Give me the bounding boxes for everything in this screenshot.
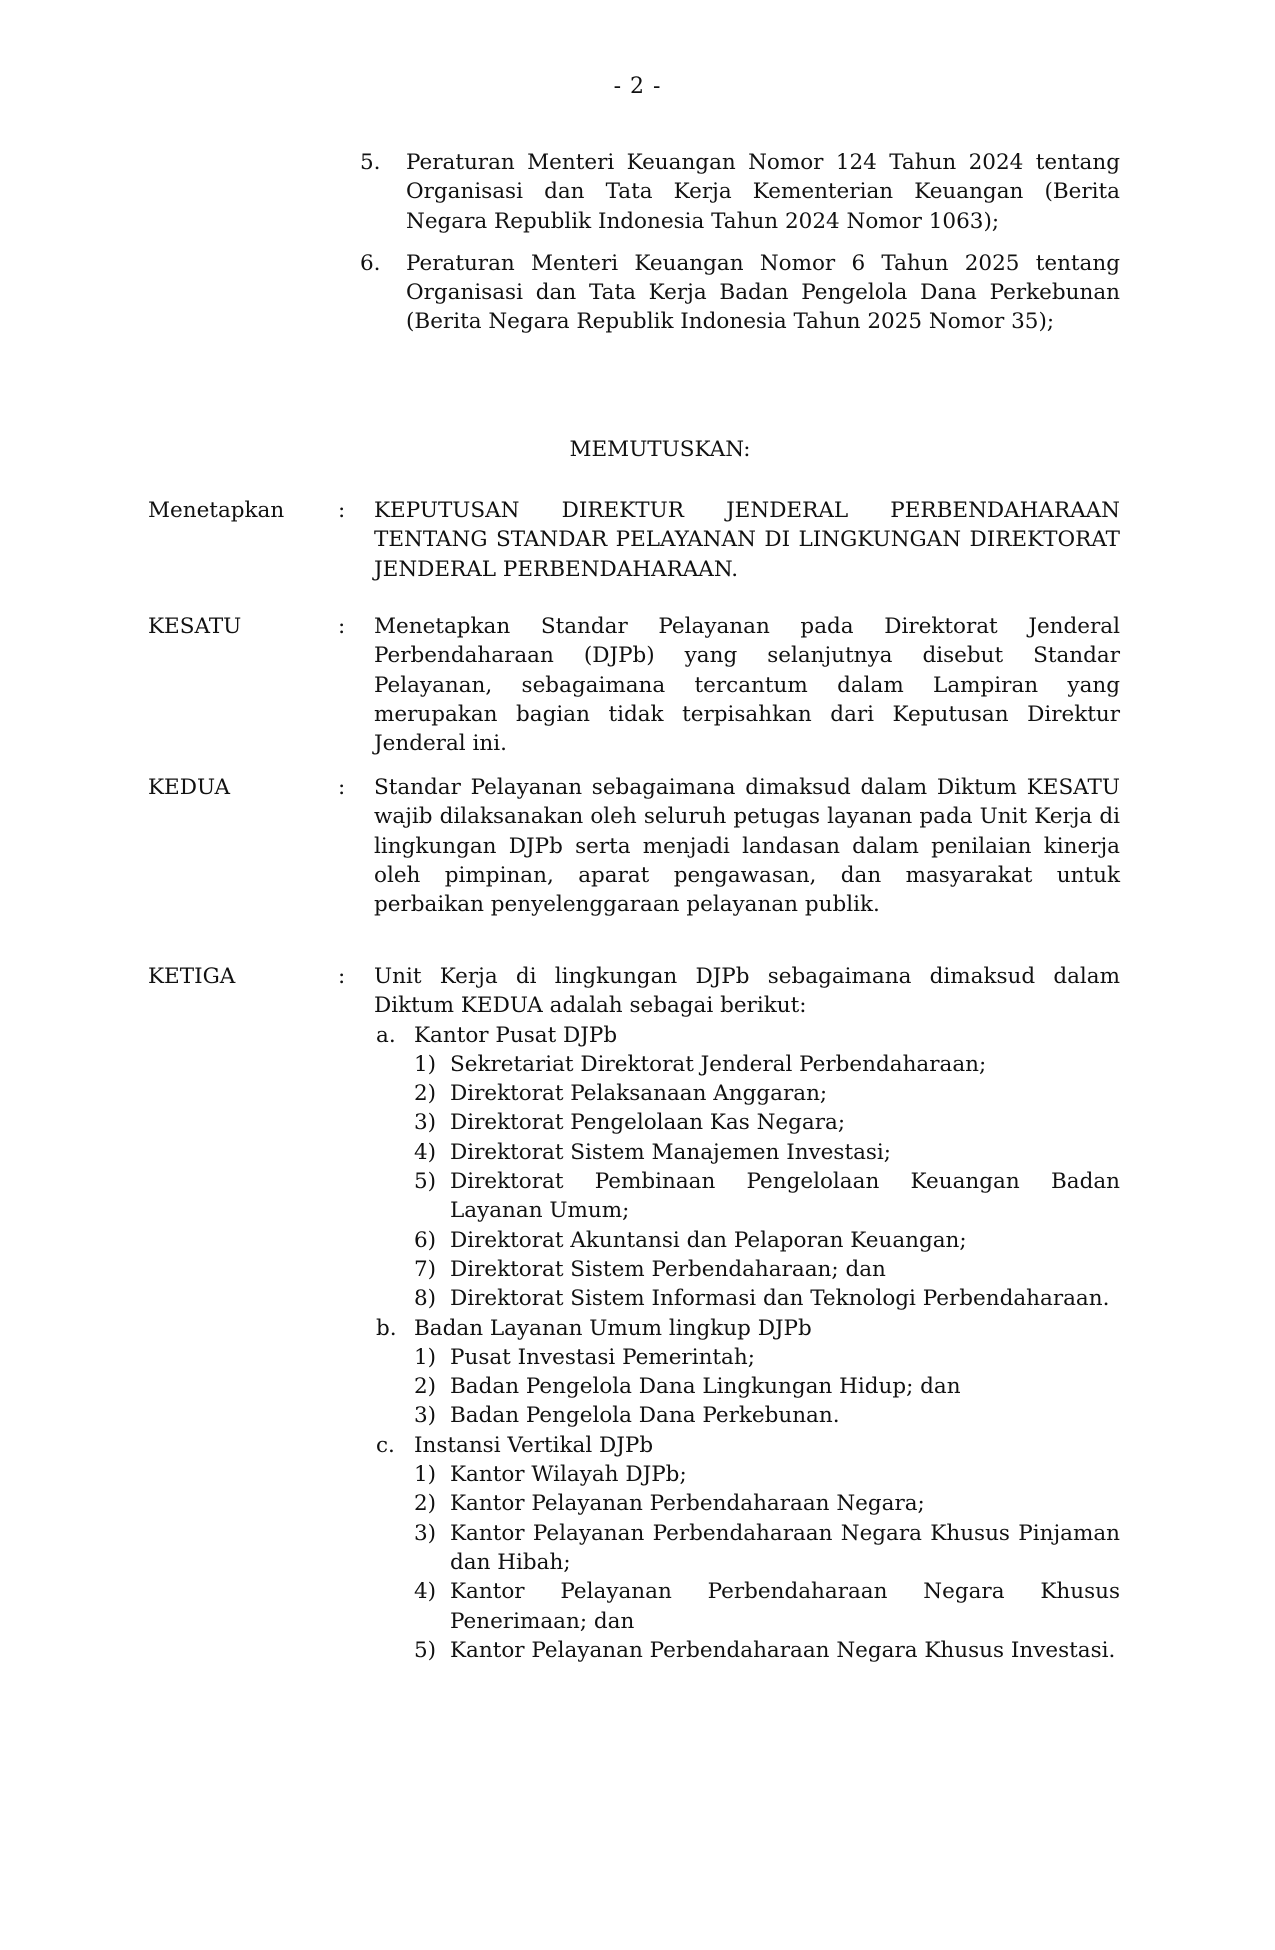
unit-item: 1)Pusat Investasi Pemerintah; [414,1343,1120,1372]
consideration-list: 5. Peraturan Menteri Keuangan Nomor 124 … [360,148,1120,350]
group-title: Kantor Pusat DJPb [414,1021,1120,1050]
unit-item: 7)Direktorat Sistem Perbendaharaan; dan [414,1255,1120,1284]
decision-heading: MEMUTUSKAN: [530,437,790,462]
unit-item-text: Kantor Pelayanan Perbendaharaan Negara; [450,1489,1120,1518]
unit-item: 2)Badan Pengelola Dana Lingkungan Hidup;… [414,1372,1120,1401]
unit-item-text: Direktorat Pembinaan Pengelolaan Keuanga… [450,1167,1120,1226]
diktum-menetapkan: Menetapkan : KEPUTUSAN DIREKTUR JENDERAL… [148,496,1120,584]
consideration-item: 5. Peraturan Menteri Keuangan Nomor 124 … [360,148,1120,236]
unit-item-text: Direktorat Akuntansi dan Pelaporan Keuan… [450,1226,1120,1255]
unit-item-number: 3) [414,1519,450,1578]
unit-item-number: 2) [414,1079,450,1108]
unit-item-text: Sekretariat Direktorat Jenderal Perbenda… [450,1050,1120,1079]
unit-item-number: 1) [414,1343,450,1372]
diktum-kesatu: KESATU : Menetapkan Standar Pelayanan pa… [148,612,1120,758]
diktum-text: KEPUTUSAN DIREKTUR JENDERAL PERBENDAHARA… [374,496,1120,584]
group-title: Instansi Vertikal DJPb [414,1431,1120,1460]
unit-item-number: 7) [414,1255,450,1284]
unit-item-number: 8) [414,1284,450,1313]
unit-item-text: Direktorat Pengelolaan Kas Negara; [450,1108,1120,1137]
unit-item-number: 2) [414,1372,450,1401]
unit-item: 3)Direktorat Pengelolaan Kas Negara; [414,1108,1120,1137]
page-number: - 2 - [0,74,1275,99]
unit-item-text: Direktorat Sistem Informasi dan Teknolog… [450,1284,1120,1313]
diktum-text: Menetapkan Standar Pelayanan pada Direkt… [374,612,1120,758]
group-letter: a. [374,1021,414,1314]
unit-group: c.Instansi Vertikal DJPb1)Kantor Wilayah… [374,1431,1120,1665]
unit-item-number: 1) [414,1460,450,1489]
diktum-kedua: KEDUA : Standar Pelayanan sebagaimana di… [148,773,1120,919]
diktum-colon: : [338,962,374,1665]
unit-item: 2)Kantor Pelayanan Perbendaharaan Negara… [414,1489,1120,1518]
unit-item: 1)Sekretariat Direktorat Jenderal Perben… [414,1050,1120,1079]
unit-item-number: 5) [414,1636,450,1665]
group-content: Instansi Vertikal DJPb1)Kantor Wilayah D… [414,1431,1120,1665]
consideration-text: Peraturan Menteri Keuangan Nomor 6 Tahun… [406,249,1120,337]
unit-group: a.Kantor Pusat DJPb1)Sekretariat Direkto… [374,1021,1120,1314]
group-letter: c. [374,1431,414,1665]
unit-item: 8)Direktorat Sistem Informasi dan Teknol… [414,1284,1120,1313]
unit-item: 5)Direktorat Pembinaan Pengelolaan Keuan… [414,1167,1120,1226]
unit-item: 3)Badan Pengelola Dana Perkebunan. [414,1401,1120,1430]
unit-item-text: Direktorat Pelaksanaan Anggaran; [450,1079,1120,1108]
unit-item-text: Kantor Pelayanan Perbendaharaan Negara K… [450,1636,1120,1665]
diktum-text: Standar Pelayanan sebagaimana dimaksud d… [374,773,1120,919]
unit-group: b.Badan Layanan Umum lingkup DJPb1)Pusat… [374,1314,1120,1431]
unit-item: 5)Kantor Pelayanan Perbendaharaan Negara… [414,1636,1120,1665]
consideration-number: 6. [360,249,406,337]
diktum-body: Unit Kerja di lingkungan DJPb sebagaiman… [374,962,1120,1665]
unit-item-text: Badan Pengelola Dana Perkebunan. [450,1401,1120,1430]
group-letter: b. [374,1314,414,1431]
unit-item-text: Kantor Pelayanan Perbendaharaan Negara K… [450,1577,1120,1636]
consideration-number: 5. [360,148,406,236]
diktum-colon: : [338,773,374,919]
unit-item: 3)Kantor Pelayanan Perbendaharaan Negara… [414,1519,1120,1578]
unit-item: 4)Direktorat Sistem Manajemen Investasi; [414,1138,1120,1167]
diktum-label: KEDUA [148,773,338,919]
unit-item-number: 3) [414,1401,450,1430]
unit-item-number: 1) [414,1050,450,1079]
diktum-colon: : [338,612,374,758]
unit-item-text: Direktorat Sistem Manajemen Investasi; [450,1138,1120,1167]
diktum-colon: : [338,496,374,584]
diktum-intro: Unit Kerja di lingkungan DJPb sebagaiman… [374,962,1120,1021]
unit-item-number: 6) [414,1226,450,1255]
unit-item-number: 4) [414,1138,450,1167]
unit-item-number: 4) [414,1577,450,1636]
diktum-ketiga: KETIGA : Unit Kerja di lingkungan DJPb s… [148,962,1120,1665]
diktum-label: Menetapkan [148,496,338,584]
diktum-label: KESATU [148,612,338,758]
unit-item-number: 5) [414,1167,450,1226]
unit-item-text: Pusat Investasi Pemerintah; [450,1343,1120,1372]
group-content: Badan Layanan Umum lingkup DJPb1)Pusat I… [414,1314,1120,1431]
unit-item: 2)Direktorat Pelaksanaan Anggaran; [414,1079,1120,1108]
unit-item-text: Badan Pengelola Dana Lingkungan Hidup; d… [450,1372,1120,1401]
unit-item-text: Kantor Pelayanan Perbendaharaan Negara K… [450,1519,1120,1578]
unit-item-number: 2) [414,1489,450,1518]
group-title: Badan Layanan Umum lingkup DJPb [414,1314,1120,1343]
consideration-item: 6. Peraturan Menteri Keuangan Nomor 6 Ta… [360,249,1120,337]
unit-item: 6)Direktorat Akuntansi dan Pelaporan Keu… [414,1226,1120,1255]
unit-item-text: Kantor Wilayah DJPb; [450,1460,1120,1489]
unit-item-text: Direktorat Sistem Perbendaharaan; dan [450,1255,1120,1284]
group-content: Kantor Pusat DJPb1)Sekretariat Direktora… [414,1021,1120,1314]
unit-item-number: 3) [414,1108,450,1137]
unit-groups: a.Kantor Pusat DJPb1)Sekretariat Direkto… [374,1021,1120,1666]
diktum-label: KETIGA [148,962,338,1665]
unit-item: 4)Kantor Pelayanan Perbendaharaan Negara… [414,1577,1120,1636]
consideration-text: Peraturan Menteri Keuangan Nomor 124 Tah… [406,148,1120,236]
unit-item: 1)Kantor Wilayah DJPb; [414,1460,1120,1489]
